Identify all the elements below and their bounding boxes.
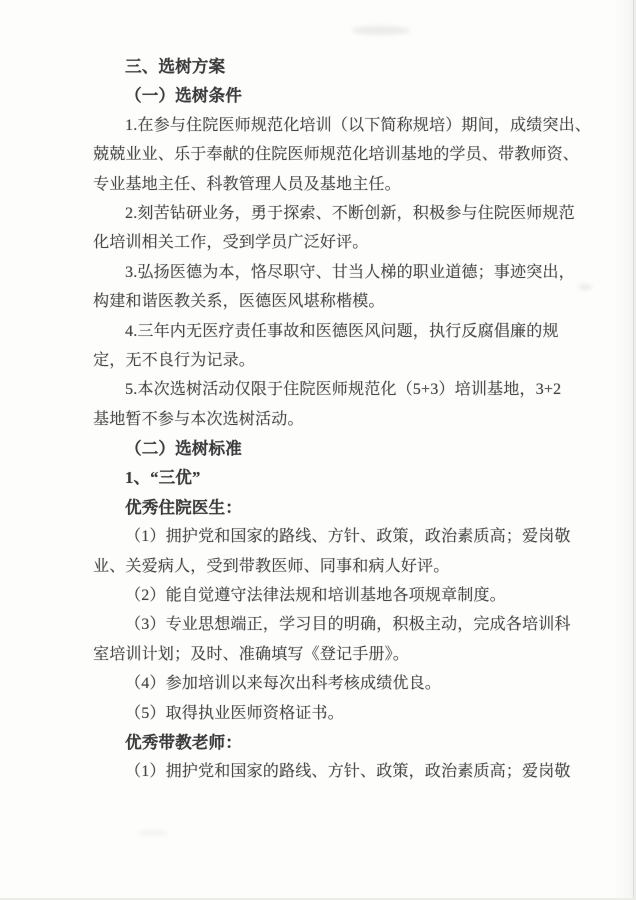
doc-heading-line: （二）选树标准: [93, 434, 571, 463]
doc-text-line: 1.在参与住院医师规范化培训（以下简称规培）期间，成绩突出、: [93, 111, 571, 140]
scan-smudge: [578, 284, 592, 290]
doc-text-line: 5.本次选树活动仅限于住院医师规范化（5+3）培训基地，3+2: [93, 375, 571, 404]
doc-text-line: 兢兢业业、乐于奉献的住院医师规范化培训基地的学员、带教师资、: [93, 140, 571, 169]
doc-text-line: （2）能自觉遵守法律法规和培训基地各项规章制度。: [93, 581, 571, 610]
doc-text-line: （4）参加培训以来每次出科考核成绩优良。: [93, 669, 571, 698]
scanned-page: 三、选树方案（一）选树条件1.在参与住院医师规范化培训（以下简称规培）期间，成绩…: [0, 0, 636, 900]
doc-text-line: 2.刻苦钻研业务，勇于探索、不断创新，积极参与住院医师规范: [93, 199, 571, 228]
doc-text-line: （3）专业思想端正，学习目的明确，积极主动，完成各培训科: [93, 610, 571, 639]
doc-text-line: （1）拥护党和国家的路线、方针、政策，政治素质高；爱岗敬: [93, 522, 571, 551]
scan-smudge: [138, 830, 168, 836]
scan-smudge: [352, 26, 410, 35]
doc-text-line: 室培训计划；及时、准确填写《登记手册》。: [93, 640, 571, 669]
doc-text-line: 构建和谐医教关系，医德医风堪称楷模。: [93, 287, 571, 316]
doc-text-line: 业、关爱病人，受到带教医师、同事和病人好评。: [93, 552, 571, 581]
doc-text-line: 3.弘扬医德为本，恪尽职守、甘当人梯的职业道德；事迹突出，: [93, 258, 571, 287]
doc-heading-line: 1、“三优”: [93, 463, 571, 492]
doc-text-line: 化培训相关工作，受到学员广泛好评。: [93, 228, 571, 257]
doc-text-line: 基地暂不参与本次选树活动。: [93, 405, 571, 434]
doc-heading-line: 优秀带教老师：: [93, 728, 571, 757]
document-body: 三、选树方案（一）选树条件1.在参与住院医师规范化培训（以下简称规培）期间，成绩…: [93, 52, 571, 787]
doc-text-line: （5）取得执业医师资格证书。: [93, 699, 571, 728]
doc-heading-line: （一）选树条件: [93, 81, 571, 110]
doc-heading-line: 三、选树方案: [93, 52, 571, 81]
doc-text-line: 专业基地主任、科教管理人员及基地主任。: [93, 170, 571, 199]
doc-text-line: （1）拥护党和国家的路线、方针、政策，政治素质高；爱岗敬: [93, 757, 571, 786]
scan-edge-shadow-right: [633, 0, 634, 900]
doc-heading-line: 优秀住院医生：: [93, 493, 571, 522]
doc-text-line: 4.三年内无医疗责任事故和医德医风问题，执行反腐倡廉的规: [93, 317, 571, 346]
doc-text-line: 定，无不良行为记录。: [93, 346, 571, 375]
